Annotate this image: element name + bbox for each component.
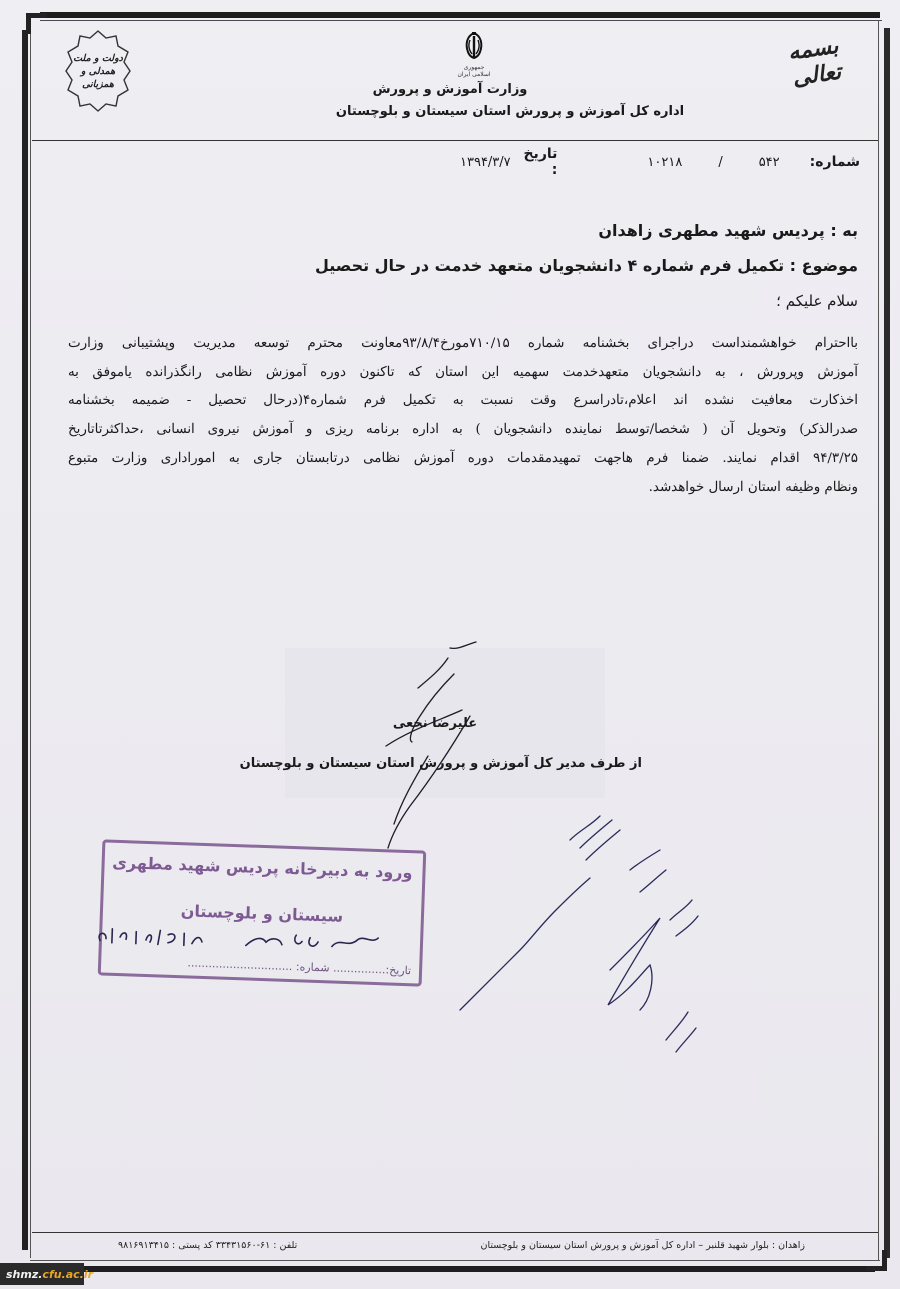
footer-contact: تلفن : ۶۱-۳۳۴۳۱۵۶۰ کد پستی : ۹۸۱۶۹۱۳۴۱۵ <box>118 1240 297 1251</box>
body-line: بااحترام خواهشمنداست دراجرای بخشنامه شما… <box>68 330 858 359</box>
letter-number-part1: ۵۴۲ <box>759 155 780 170</box>
frame-border-right-inner <box>878 20 879 1260</box>
letter-body: بااحترام خواهشمنداست دراجرای بخشنامه شما… <box>68 330 858 502</box>
signatory-title: از طرف مدیر کل آموزش و پرورش استان سیستا… <box>282 756 642 771</box>
frame-border-bottom <box>40 1266 875 1272</box>
body-line: ونظام وظیفه استان ارسال خواهدشد. <box>68 474 858 503</box>
site-watermark: shmz.cfu.ac.ir <box>0 1263 84 1285</box>
watermark-prefix: shmz. <box>6 1268 42 1281</box>
frame-border-right <box>884 28 890 1258</box>
footer-divider <box>32 1232 878 1233</box>
letter-date: ۱۳۹۴/۳/۷ <box>460 155 511 170</box>
emblem-caption: جمهوری اسلامی ایران <box>454 64 494 78</box>
footer-address: زاهدان : بلوار شهید قلنبر – اداره کل آمو… <box>481 1240 805 1251</box>
ministry-name: وزارت آموزش و پرورش <box>0 82 900 97</box>
number-label: شماره: <box>810 154 860 170</box>
stamp-line-3: تاریخ:............... شماره: ...........… <box>187 956 411 977</box>
letter-page: بسمه تعالی دولت و ملت همدلی و همزبانی جم… <box>0 0 900 1289</box>
frame-corner-bottom-right <box>866 1250 887 1271</box>
letter-meta: شماره: ۵۴۲ / ۱۰۲۱۸ تاریخ : ۱۳۹۴/۳/۷ <box>460 150 860 174</box>
subject-line: موضوع : تکمیل فرم شماره ۴ دانشجویان متعه… <box>315 256 858 275</box>
date-label: تاریخ : <box>521 146 558 178</box>
frame-border-top-inner <box>40 20 882 21</box>
body-line: اخذکارت معافیت نشده اند اعلام،تادراسرع و… <box>68 387 858 416</box>
greeting: سلام علیکم ؛ <box>776 292 858 310</box>
secretariat-entry-stamp: ورود به دبیرخانه پردیس شهید مطهری سیستان… <box>98 839 427 986</box>
body-line: صدرالذکر) وتحویل آن ( شخصا/توسط نماینده … <box>68 416 858 445</box>
stamp-line-1: ورود به دبیرخانه پردیس شهید مطهری <box>112 853 413 882</box>
signatory-name: علیرضا نخعی <box>290 716 580 731</box>
department-name: اداره کل آموزش و پرورش استان سیستان و بل… <box>60 104 900 119</box>
frame-corner-top-left <box>26 13 47 34</box>
body-line: آموزش وپرورش ، به دانشجویان متعهدخدمت سه… <box>68 359 858 388</box>
frame-border-left-inner <box>30 18 31 1258</box>
frame-border-top <box>40 12 880 18</box>
letter-number-part2: ۱۰۲۱۸ <box>647 155 682 170</box>
frame-border-left <box>22 30 28 1250</box>
header-divider <box>32 140 878 141</box>
national-emblem: جمهوری اسلامی ایران <box>454 30 494 76</box>
recipient-line: به : پردیس شهید مطهری زاهدان <box>598 221 858 240</box>
watermark-domain: cfu.ac.ir <box>42 1268 93 1281</box>
body-line: ۹۴/۳/۲۵ اقدام نمایند. ضمنا فرم هاجهت تمه… <box>68 445 858 474</box>
iran-emblem-icon <box>459 30 489 62</box>
handwritten-margin-note-icon <box>430 800 730 1070</box>
slogan-badge: دولت و ملت همدلی و همزبانی <box>62 28 134 114</box>
frame-border-bottom-inner <box>30 1260 880 1261</box>
number-separator: / <box>718 155 722 170</box>
